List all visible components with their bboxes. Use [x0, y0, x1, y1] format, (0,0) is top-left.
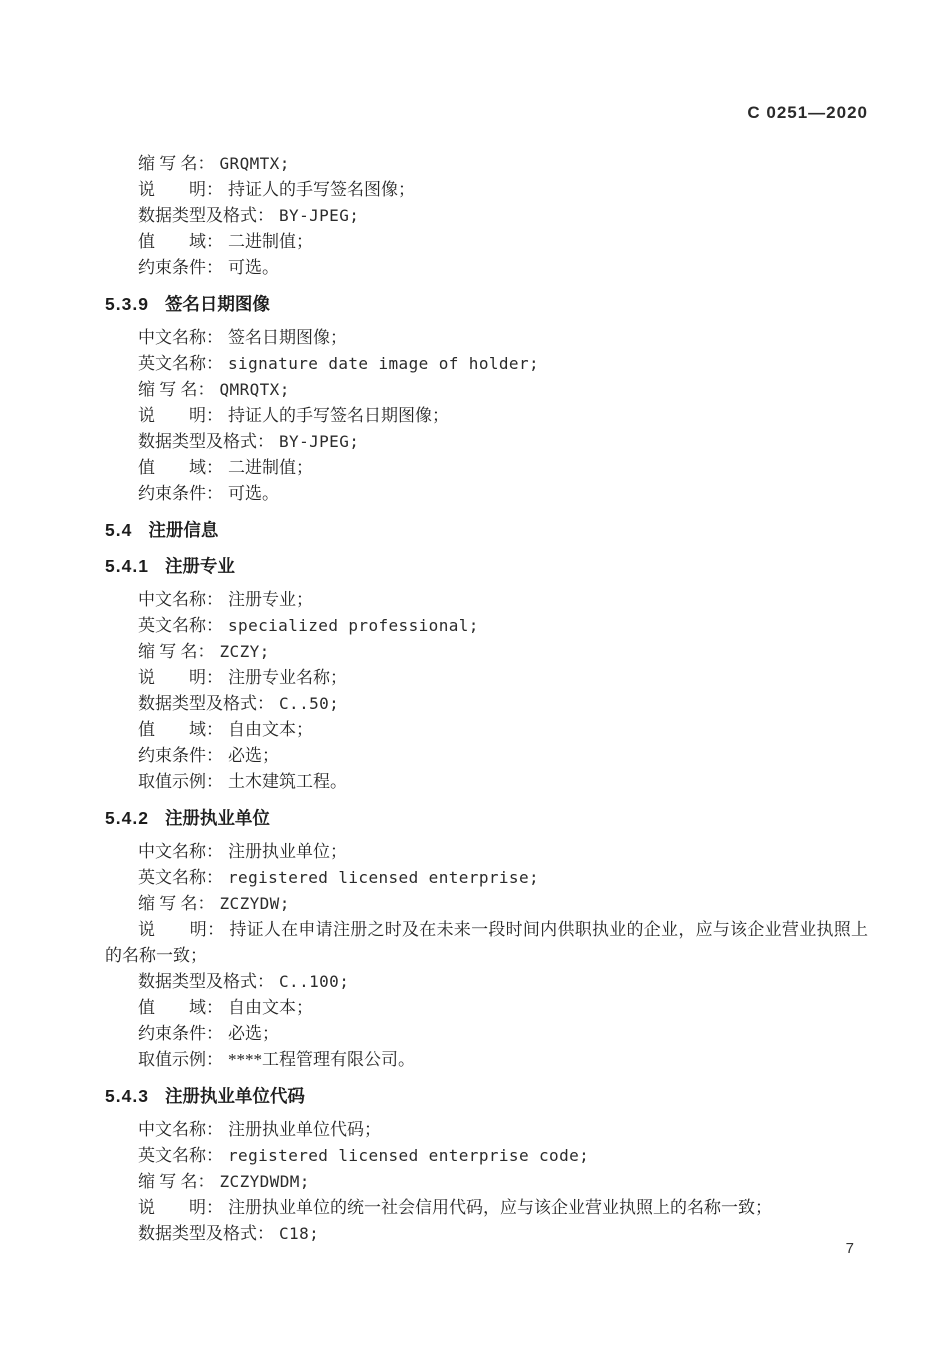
section-title: 注册执业单位 — [165, 808, 270, 828]
field-line: 缩 写 名：QMRQTX; — [105, 377, 868, 403]
field-value: ZCZYDWDM; — [220, 1172, 310, 1191]
field-value: ZCZY; — [220, 642, 270, 661]
section-number: 5.4.1 — [105, 556, 149, 576]
field-line: 说 明：持证人在申请注册之时及在未来一段时间内供职执业的企业，应与该企业营业执照… — [105, 917, 868, 969]
field-value: ZCZYDW; — [220, 894, 290, 913]
section-heading: 5.4.3注册执业单位代码 — [105, 1083, 868, 1109]
section-5-4-1: 5.4.1注册专业 中文名称：注册专业； 英文名称：specialized pr… — [105, 553, 868, 795]
field-line: 数据类型及格式：C..50; — [105, 691, 868, 717]
field-label: 约束条件： — [138, 1024, 223, 1043]
field-value: 可选。 — [228, 258, 279, 277]
section-5-4-2: 5.4.2注册执业单位 中文名称：注册执业单位； 英文名称：registered… — [105, 805, 868, 1073]
field-line: 中文名称：注册执业单位； — [105, 839, 868, 865]
field-label: 值 域： — [138, 720, 223, 739]
field-label: 数据类型及格式： — [138, 432, 274, 451]
section-heading: 5.4.2注册执业单位 — [105, 805, 868, 831]
field-label: 说 明： — [138, 668, 223, 687]
section-5-4-3: 5.4.3注册执业单位代码 中文名称：注册执业单位代码； 英文名称：regist… — [105, 1083, 868, 1247]
field-line: 中文名称：注册专业； — [105, 587, 868, 613]
field-block-top: 缩 写 名：GRQMTX; 说 明：持证人的手写签名图像； 数据类型及格式：BY… — [105, 151, 868, 281]
page-header: C 0251—2020 — [0, 0, 940, 127]
field-line: 值 域：二进制值； — [105, 455, 868, 481]
section-5-4: 5.4注册信息 — [105, 517, 868, 543]
field-value: 持证人的手写签名日期图像； — [228, 406, 449, 425]
field-label: 英文名称： — [138, 354, 223, 373]
field-line: 约束条件：可选。 — [105, 481, 868, 507]
field-value: GRQMTX; — [220, 154, 290, 173]
field-value: 注册专业； — [228, 590, 313, 609]
field-value: C..50; — [279, 694, 339, 713]
field-label: 取值示例： — [138, 1050, 223, 1069]
section-heading: 5.4注册信息 — [105, 517, 868, 543]
field-line: 取值示例：****工程管理有限公司。 — [105, 1047, 868, 1073]
field-line: 缩 写 名：ZCZYDWDM; — [105, 1169, 868, 1195]
field-value: specialized professional; — [228, 616, 479, 635]
section-heading: 5.4.1注册专业 — [105, 553, 868, 579]
field-line: 数据类型及格式：C..100; — [105, 969, 868, 995]
field-value: 土木建筑工程。 — [228, 772, 347, 791]
field-label: 值 域： — [138, 458, 223, 477]
field-value: registered licensed enterprise code; — [228, 1146, 589, 1165]
field-value: QMRQTX; — [220, 380, 290, 399]
document-code: C 0251—2020 — [747, 103, 868, 122]
field-label: 中文名称： — [138, 328, 223, 347]
field-value: 二进制值； — [228, 458, 313, 477]
section-heading: 5.3.9签名日期图像 — [105, 291, 868, 317]
section-number: 5.3.9 — [105, 294, 149, 314]
section-title: 注册信息 — [148, 520, 218, 540]
section-number: 5.4.3 — [105, 1086, 149, 1106]
field-label: 数据类型及格式： — [138, 206, 274, 225]
field-value: BY-JPEG; — [279, 432, 359, 451]
field-label: 说 明： — [138, 920, 224, 939]
field-value: 注册执业单位代码； — [228, 1120, 381, 1139]
field-value: 注册专业名称； — [228, 668, 347, 687]
field-line: 英文名称：registered licensed enterprise; — [105, 865, 868, 891]
field-line: 数据类型及格式：BY-JPEG; — [105, 203, 868, 229]
field-label: 英文名称： — [138, 868, 223, 887]
field-line: 缩 写 名：ZCZYDW; — [105, 891, 868, 917]
field-label: 说 明： — [138, 180, 223, 199]
field-label: 数据类型及格式： — [138, 972, 274, 991]
field-value: 注册执业单位； — [228, 842, 347, 861]
field-line: 数据类型及格式：C18; — [105, 1221, 868, 1247]
section-5-3-9: 5.3.9签名日期图像 中文名称：签名日期图像； 英文名称：signature … — [105, 291, 868, 507]
field-label: 值 域： — [138, 998, 223, 1017]
field-label: 取值示例： — [138, 772, 223, 791]
page-number: 7 — [846, 1240, 854, 1257]
field-value: C18; — [279, 1224, 319, 1243]
field-value: 注册执业单位的统一社会信用代码，应与该企业营业执照上的名称一致； — [228, 1198, 772, 1217]
field-label: 缩 写 名： — [138, 642, 215, 661]
field-line: 说 明：持证人的手写签名图像； — [105, 177, 868, 203]
field-label: 值 域： — [138, 232, 223, 251]
document-content: 缩 写 名：GRQMTX; 说 明：持证人的手写签名图像； 数据类型及格式：BY… — [0, 151, 940, 1247]
field-value: BY-JPEG; — [279, 206, 359, 225]
field-value: 自由文本； — [228, 720, 313, 739]
field-value: 可选。 — [228, 484, 279, 503]
field-line: 说 明：注册执业单位的统一社会信用代码，应与该企业营业执照上的名称一致； — [105, 1195, 868, 1221]
field-line: 缩 写 名：GRQMTX; — [105, 151, 868, 177]
field-value: C..100; — [279, 972, 349, 991]
field-label: 说 明： — [138, 406, 223, 425]
field-label: 数据类型及格式： — [138, 694, 274, 713]
document-page: C 0251—2020 缩 写 名：GRQMTX; 说 明：持证人的手写签名图像… — [0, 0, 940, 1348]
field-line: 英文名称：registered licensed enterprise code… — [105, 1143, 868, 1169]
field-value: registered licensed enterprise; — [228, 868, 539, 887]
field-label: 英文名称： — [138, 1146, 223, 1165]
field-label: 约束条件： — [138, 484, 223, 503]
field-label: 约束条件： — [138, 258, 223, 277]
field-label: 缩 写 名： — [138, 1172, 215, 1191]
field-label: 说 明： — [138, 1198, 223, 1217]
field-line: 说 明：持证人的手写签名日期图像； — [105, 403, 868, 429]
section-title: 注册专业 — [165, 556, 235, 576]
field-label: 缩 写 名： — [138, 380, 215, 399]
field-label: 缩 写 名： — [138, 154, 215, 173]
field-value: 二进制值； — [228, 232, 313, 251]
field-line: 英文名称：specialized professional; — [105, 613, 868, 639]
field-line: 英文名称：signature date image of holder; — [105, 351, 868, 377]
field-line: 说 明：注册专业名称； — [105, 665, 868, 691]
section-title: 注册执业单位代码 — [165, 1086, 305, 1106]
field-value: 必选； — [228, 746, 279, 765]
field-value: signature date image of holder; — [228, 354, 539, 373]
field-line: 缩 写 名：ZCZY; — [105, 639, 868, 665]
field-label: 中文名称： — [138, 1120, 223, 1139]
section-number: 5.4.2 — [105, 808, 149, 828]
field-value: 自由文本； — [228, 998, 313, 1017]
field-label: 约束条件： — [138, 746, 223, 765]
field-line: 中文名称：注册执业单位代码； — [105, 1117, 868, 1143]
field-label: 缩 写 名： — [138, 894, 215, 913]
field-label: 数据类型及格式： — [138, 1224, 274, 1243]
field-line: 约束条件：可选。 — [105, 255, 868, 281]
field-label: 英文名称： — [138, 616, 223, 635]
field-line: 值 域：自由文本； — [105, 717, 868, 743]
field-line: 值 域：自由文本； — [105, 995, 868, 1021]
field-line: 值 域：二进制值； — [105, 229, 868, 255]
section-title: 签名日期图像 — [165, 294, 270, 314]
field-line: 取值示例：土木建筑工程。 — [105, 769, 868, 795]
field-value: 签名日期图像； — [228, 328, 347, 347]
field-line: 中文名称：签名日期图像； — [105, 325, 868, 351]
field-line: 约束条件：必选； — [105, 743, 868, 769]
field-value: 必选； — [228, 1024, 279, 1043]
field-value: ****工程管理有限公司。 — [228, 1050, 415, 1069]
field-line: 数据类型及格式：BY-JPEG; — [105, 429, 868, 455]
field-value: 持证人的手写签名图像； — [228, 180, 415, 199]
field-label: 中文名称： — [138, 590, 223, 609]
field-line: 约束条件：必选； — [105, 1021, 868, 1047]
field-label: 中文名称： — [138, 842, 223, 861]
section-number: 5.4 — [105, 520, 132, 540]
